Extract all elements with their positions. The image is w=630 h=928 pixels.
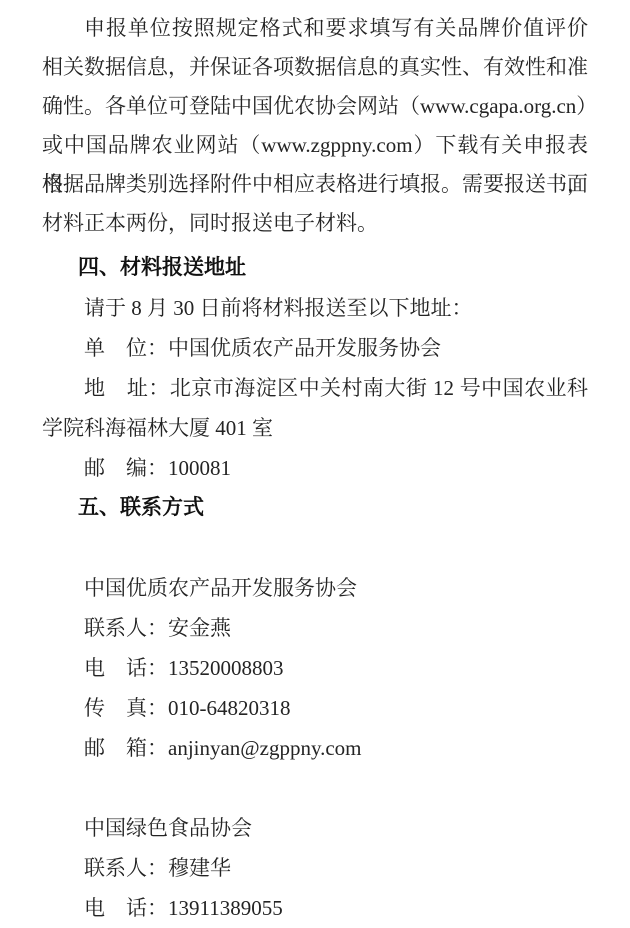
contact1-person-line: 联系人：安金燕: [42, 608, 588, 648]
contact2-org-name: 中国绿色食品协会: [42, 808, 588, 848]
submission-address-line: 地 址：北京市海淀区中关村南大街 12 号中国农业科: [42, 368, 588, 408]
intro-paragraph-line: 或中国品牌农业网站（www.zgppny.com）下载有关申报表格，: [42, 126, 588, 165]
intro-paragraph-line: 材料正本两份，同时报送电子材料。: [42, 204, 588, 243]
contact1-org-name: 中国优质农产品开发服务协会: [42, 568, 588, 608]
submission-address-line: 学院科海福林大厦 401 室: [42, 408, 588, 448]
spacer: [42, 768, 588, 808]
intro-paragraph-line: 确性。各单位可登陆中国优农协会网站（www.cgapa.org.cn）: [42, 87, 588, 126]
section-heading-submission-address: 四、材料报送地址: [42, 248, 588, 288]
intro-paragraph-line: 相关数据信息，并保证各项数据信息的真实性、有效性和准: [42, 48, 588, 87]
intro-paragraph-line: 申报单位按照规定格式和要求填写有关品牌价值评价: [42, 9, 588, 48]
submission-unit-line: 单 位：中国优质农产品开发服务协会: [42, 328, 588, 368]
spacer: [42, 528, 588, 568]
contact1-phone-line: 电 话：13520008803: [42, 648, 588, 688]
intro-paragraph-line: 根据品牌类别选择附件中相应表格进行填报。需要报送书面: [42, 165, 588, 204]
document-page: 申报单位按照规定格式和要求填写有关品牌价值评价 相关数据信息，并保证各项数据信息…: [0, 0, 630, 928]
contact2-person-line: 联系人：穆建华: [42, 848, 588, 888]
section-heading-contact-info: 五、联系方式: [42, 488, 588, 528]
submission-postcode-line: 邮 编：100081: [42, 448, 588, 488]
submission-deadline-line: 请于 8 月 30 日前将材料报送至以下地址：: [42, 288, 588, 328]
contact1-email-line: 邮 箱：anjinyan@zgppny.com: [42, 728, 588, 768]
contact2-phone-line: 电 话：13911389055: [42, 888, 588, 928]
contact1-fax-line: 传 真：010-64820318: [42, 688, 588, 728]
